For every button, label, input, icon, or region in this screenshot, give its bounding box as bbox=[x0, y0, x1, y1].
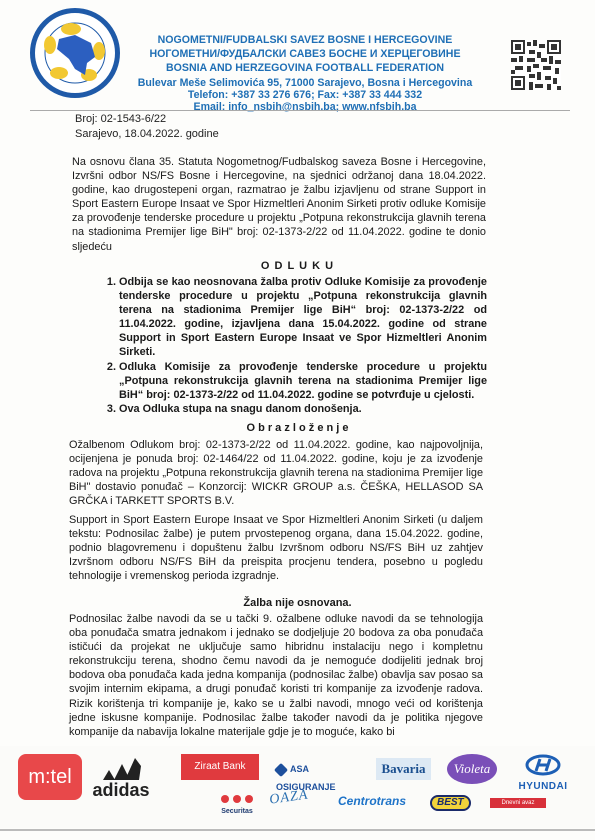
document-place-date: Sarajevo, 18.04.2022. godine bbox=[75, 127, 219, 141]
sponsor-oaza: OAZA bbox=[269, 787, 312, 816]
federation-crest-icon bbox=[30, 8, 120, 98]
org-name-cyrillic: НОГОМЕТНИ/ФУДБАЛСКИ САВЕЗ БОСНЕ И ХЕРЦЕГ… bbox=[130, 47, 480, 62]
hyundai-logo-icon bbox=[525, 754, 561, 776]
sponsor-bavaria: Bavaria bbox=[376, 758, 431, 780]
reasoning-title: O b r a z l o ž e n j e bbox=[0, 422, 595, 434]
reasoning-subtitle: Žalba nije osnovana. bbox=[0, 597, 595, 609]
header-divider bbox=[30, 110, 570, 111]
intro-paragraph: Na osnovu člana 35. Statuta Nogometnog/F… bbox=[72, 155, 486, 254]
asa-hexagon-icon bbox=[274, 763, 288, 777]
sponsor-asa-osiguranje: ASA OSIGURANJE bbox=[276, 760, 368, 778]
sponsor-hyundai: HYUNDAI bbox=[508, 754, 578, 794]
email: Email: info_nsbih@nsbih.ba; www.nfsbih.b… bbox=[130, 100, 480, 115]
securitas-dots-icon bbox=[214, 790, 260, 808]
reasoning-paragraph-1: Ožalbenom Odlukom broj: 02-1373-2/22 od … bbox=[69, 438, 483, 508]
sponsor-best: BEST bbox=[430, 792, 470, 811]
org-name-english: BOSNIA AND HERZEGOVINA FOOTBALL FEDERATI… bbox=[130, 61, 480, 76]
sponsor-mtel: m:tel bbox=[18, 754, 82, 800]
decision-item: Odbija se kao neosnovana žalba protiv Od… bbox=[119, 275, 487, 360]
sponsor-securitas: Securitas bbox=[214, 790, 260, 815]
sponsor-dnevni-avaz: Dnevni avaz bbox=[490, 798, 546, 808]
decision-title: O D L U K U bbox=[0, 260, 595, 272]
decision-item: Odluka Komisije za provođenje tenderske … bbox=[119, 360, 487, 402]
adidas-stripes-icon bbox=[101, 756, 141, 780]
reasoning-body: Podnosilac žalbe navodi da se u tački 9.… bbox=[69, 612, 483, 739]
sponsor-centrotrans: Centrotrans bbox=[338, 794, 408, 808]
sponsor-adidas: adidas bbox=[88, 756, 154, 802]
sponsor-violeta: Violeta bbox=[447, 754, 497, 784]
reasoning-paragraph-2: Support in Sport Eastern Europe Insaat v… bbox=[69, 513, 483, 583]
decision-item: Ova Odluka stupa na snagu danom donošenj… bbox=[119, 402, 487, 416]
document-number: Broj: 02-1543-6/22 bbox=[75, 112, 166, 126]
org-name-latin: NOGOMETNI/FUDBALSKI SAVEZ BOSNE I HERCEG… bbox=[130, 33, 480, 48]
sponsor-ziraat-bank: Ziraat Bank bbox=[181, 754, 259, 780]
decision-list: Odbija se kao neosnovana žalba protiv Od… bbox=[92, 275, 487, 416]
qr-code-icon bbox=[511, 40, 561, 90]
footer-divider bbox=[0, 829, 595, 831]
sponsor-strip: m:tel adidas Ziraat Bank ASA OSIGURANJE … bbox=[0, 746, 595, 828]
